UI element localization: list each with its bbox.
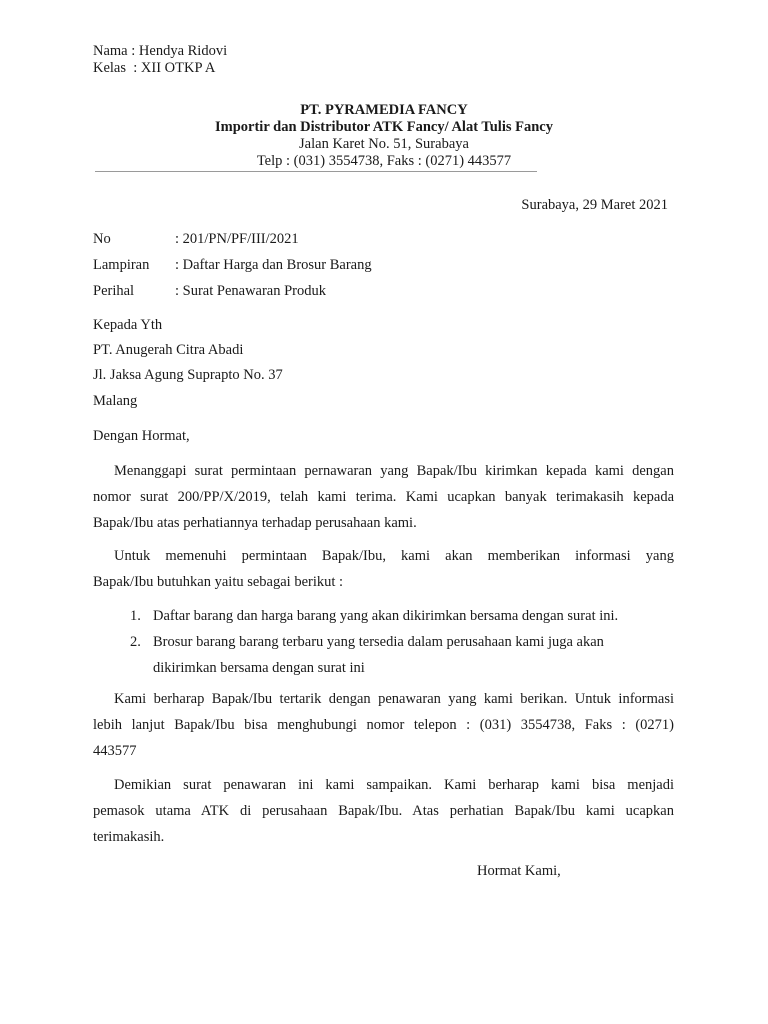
list-item: 2. Brosur barang barang terbaru yang ter… — [133, 629, 674, 681]
student-name-label: Nama : — [93, 43, 135, 59]
closing-signoff: Hormat Kami, — [477, 863, 561, 880]
company-name: PT. PYRAMEDIA FANCY — [0, 102, 768, 119]
student-name-value: Hendya Ridovi — [139, 43, 227, 59]
recipient-address: Jl. Jaksa Agung Suprapto No. 37 — [93, 367, 283, 384]
meta-label: Lampiran — [93, 257, 175, 274]
student-class-row: Kelas : XII OTKP A — [93, 60, 227, 77]
recipient-line-1: Kepada Yth — [93, 317, 162, 334]
list-text: Brosur barang barang terbaru yang tersed… — [153, 629, 674, 655]
list-item: 1. Daftar barang dan harga barang yang a… — [133, 603, 674, 629]
paragraph-line: terimakasih. — [93, 824, 674, 850]
list-text-continued: dikirimkan bersama dengan surat ini — [153, 655, 674, 681]
salutation: Dengan Hormat, — [93, 428, 190, 445]
letterhead: PT. PYRAMEDIA FANCY Importir dan Distrib… — [0, 102, 768, 170]
paragraph-line: lebih lanjut Bapak/Ibu bisa menghubungi … — [93, 712, 674, 738]
paragraph-line: 443577 — [93, 738, 674, 764]
paragraph-1: Menanggapi surat permintaan pernawaran y… — [93, 458, 674, 536]
letterhead-divider — [95, 171, 537, 172]
list-number: 1. — [130, 603, 150, 629]
paragraph-line: Untuk memenuhi permintaan Bapak/Ibu, kam… — [93, 543, 674, 569]
list-number: 2. — [130, 629, 150, 655]
company-address: Jalan Karet No. 51, Surabaya — [0, 136, 768, 153]
company-contact: Telp : (031) 3554738, Faks : (0271) 4435… — [0, 153, 768, 170]
paragraph-line: pemasok utama ATK di perusahaan Bapak/Ib… — [93, 798, 674, 824]
meta-label: Perihal — [93, 283, 175, 300]
paragraph-line: nomor surat 200/PP/X/2019, telah kami te… — [93, 484, 674, 510]
student-info: Nama : Hendya Ridovi Kelas : XII OTKP A — [93, 43, 227, 77]
student-class-value: XII OTKP A — [141, 60, 215, 76]
paragraph-3: Kami berharap Bapak/Ibu tertarik dengan … — [93, 686, 674, 764]
student-class-label: Kelas : — [93, 60, 137, 76]
meta-row-attachment: Lampiran: Daftar Harga dan Brosur Barang — [93, 257, 372, 274]
paragraph-line: Bapak/Ibu atas perhatiannya terhadap per… — [93, 510, 674, 536]
student-name-row: Nama : Hendya Ridovi — [93, 43, 227, 60]
paragraph-line: Bapak/Ibu butuhkan yaitu sebagai berikut… — [93, 569, 674, 595]
numbered-list: 1. Daftar barang dan harga barang yang a… — [133, 603, 674, 681]
recipient-company: PT. Anugerah Citra Abadi — [93, 342, 243, 359]
meta-value: : Daftar Harga dan Brosur Barang — [175, 257, 372, 273]
paragraph-line: Kami berharap Bapak/Ibu tertarik dengan … — [93, 686, 674, 712]
paragraph-line: Menanggapi surat permintaan pernawaran y… — [93, 458, 674, 484]
company-tagline: Importir dan Distributor ATK Fancy/ Alat… — [0, 119, 768, 136]
recipient-city: Malang — [93, 393, 137, 410]
list-text: Daftar barang dan harga barang yang akan… — [153, 603, 674, 629]
meta-row-number: No: 201/PN/PF/III/2021 — [93, 231, 299, 248]
paragraph-line: Demikian surat penawaran ini kami sampai… — [93, 772, 674, 798]
letter-date: Surabaya, 29 Maret 2021 — [521, 197, 668, 214]
meta-value: : 201/PN/PF/III/2021 — [175, 231, 299, 247]
paragraph-4: Demikian surat penawaran ini kami sampai… — [93, 772, 674, 850]
meta-value: : Surat Penawaran Produk — [175, 283, 326, 299]
meta-label: No — [93, 231, 175, 248]
paragraph-2: Untuk memenuhi permintaan Bapak/Ibu, kam… — [93, 543, 674, 595]
meta-row-subject: Perihal: Surat Penawaran Produk — [93, 283, 326, 300]
